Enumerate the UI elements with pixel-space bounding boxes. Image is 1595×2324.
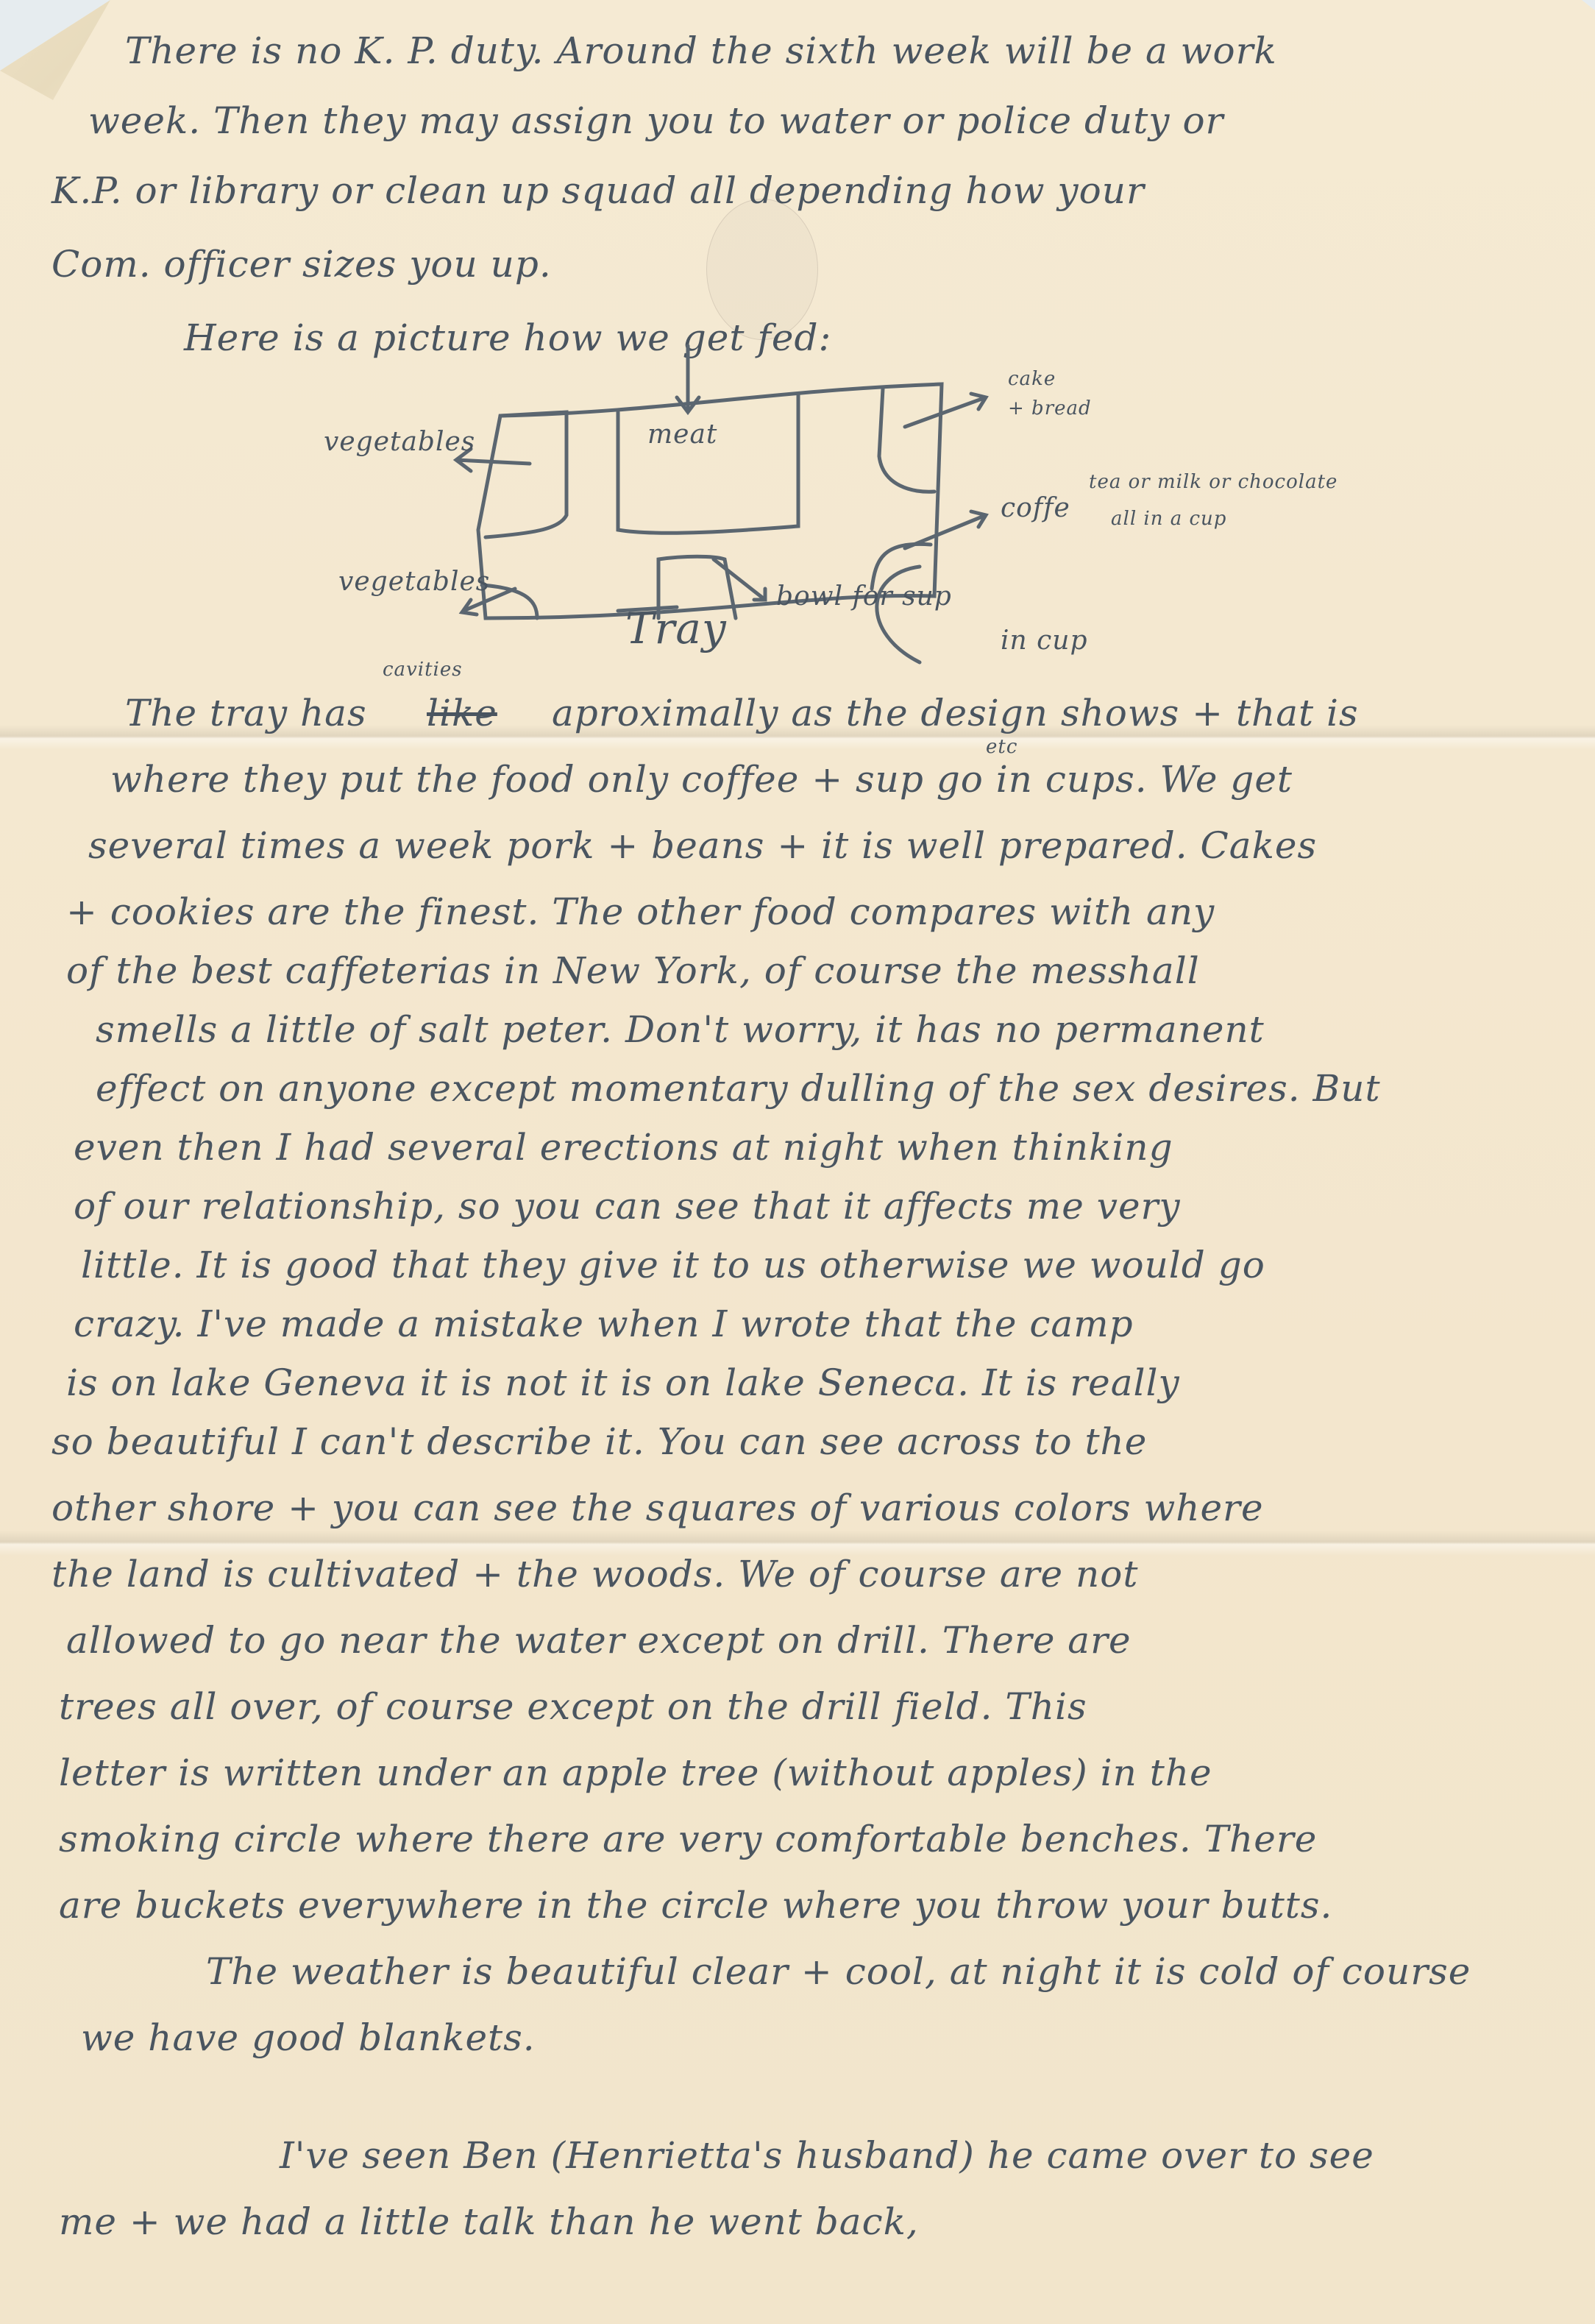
text-line: smoking circle where there are very comf… (59, 1818, 1317, 1860)
diagram-label-all-in-cup: all in a cup (1111, 508, 1226, 530)
text-line: is on lake Geneva it is not it is on lak… (66, 1361, 1180, 1404)
insertion-etc: etc (986, 736, 1017, 758)
text-line: aproximally as the design shows + that i… (552, 692, 1359, 734)
insertion-cavities: cavities (383, 659, 463, 681)
diagram-intro: Here is a picture how we get fed: (184, 316, 831, 359)
text-line: little. It is good that they give it to … (81, 1244, 1265, 1286)
text-line: Com. officer sizes you up. (51, 243, 552, 286)
text-line: week. Then they may assign you to water … (88, 99, 1223, 142)
diagram-label-vegetables-bottom: vegetables (338, 567, 490, 597)
diagram-label-cake: cake (1008, 368, 1056, 390)
text-line: trees all over, of course except on the … (59, 1685, 1087, 1728)
text-line: even then I had several erections at nig… (74, 1126, 1173, 1169)
text-line: K.P. or library or clean up squad all de… (51, 169, 1145, 212)
text-line: letter is written under an apple tree (w… (59, 1751, 1212, 1794)
text-line: of our relationship, so you can see that… (74, 1185, 1181, 1227)
text-line: allowed to go near the water except on d… (66, 1619, 1132, 1662)
text-line: other shore + you can see the squares of… (51, 1487, 1264, 1529)
text-line: The weather is beautiful clear + cool, a… (206, 1950, 1471, 1993)
diagram-label-in-cup: in cup (1001, 626, 1088, 656)
diagram-label-meat: meat (647, 419, 717, 450)
text-line: we have good blankets. (81, 2016, 536, 2059)
struck-word: like (427, 692, 497, 734)
text-line: There is no K. P. duty. Around the sixth… (125, 29, 1277, 72)
text-line: crazy. I've made a mistake when I wrote … (74, 1303, 1134, 1345)
text-line: the land is cultivated + the woods. We o… (51, 1553, 1138, 1595)
diagram-label-vegetables-top: vegetables (324, 427, 475, 457)
diagram-label-bread: + bread (1008, 397, 1092, 419)
text-line: so beautiful I can't describe it. You ca… (51, 1420, 1147, 1463)
text-line: several times a week pork + beans + it i… (88, 824, 1317, 867)
text-line: where they put the food only coffee + su… (110, 758, 1293, 801)
text-line: effect on anyone except momentary dullin… (96, 1067, 1381, 1110)
text-line: are buckets everywhere in the circle whe… (59, 1884, 1332, 1927)
diagram-title-tray: Tray (625, 603, 727, 653)
text-line: + cookies are the finest. The other food… (66, 890, 1215, 933)
paper-crease (0, 1531, 1595, 1556)
diagram-label-bowl: bowl for sup (776, 581, 952, 612)
text-line: I've seen Ben (Henrietta's husband) he c… (280, 2134, 1374, 2177)
text-line: smells a little of salt peter. Don't wor… (96, 1008, 1265, 1051)
text-line: The tray has (125, 692, 367, 734)
text-line: of the best caffeterias in New York, of … (66, 949, 1200, 992)
text-line: me + we had a little talk than he went b… (59, 2200, 919, 2243)
diagram-label-drinks: tea or milk or chocolate (1089, 471, 1338, 493)
diagram-label-coffee: coffe (1001, 493, 1070, 523)
